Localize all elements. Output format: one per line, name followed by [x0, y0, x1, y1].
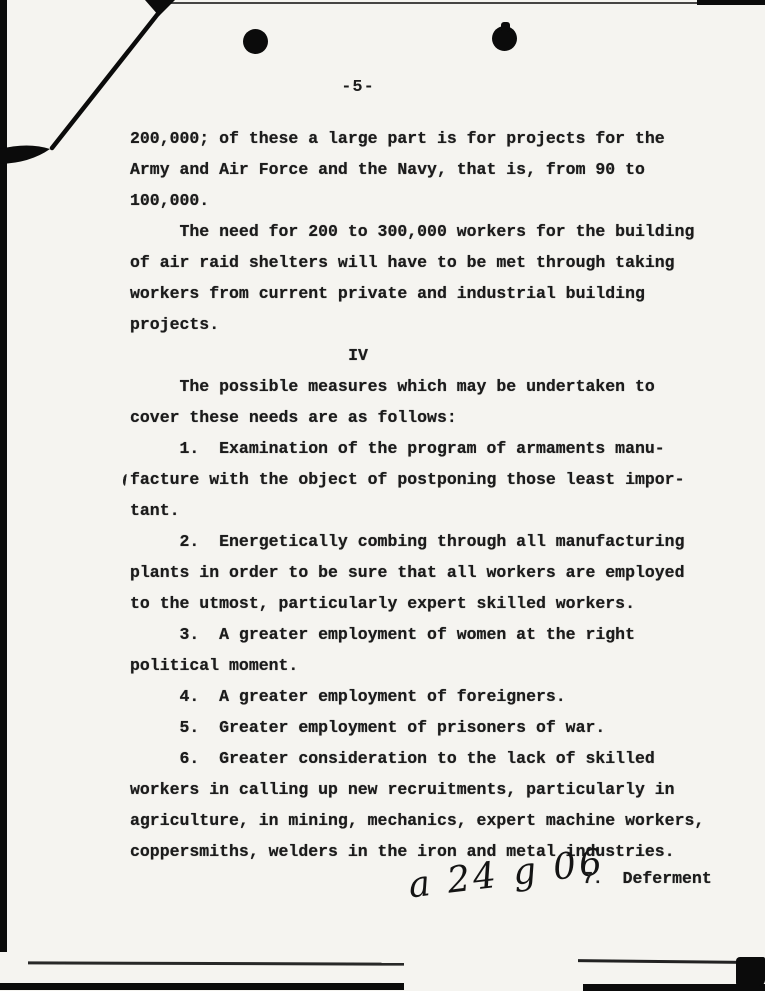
scan-line-bottom-right	[578, 959, 742, 964]
list-item-4: 4. A greater employment of foreigners.	[130, 681, 730, 712]
text-line: The possible measures which may be under…	[130, 371, 730, 402]
hole-punch-dot-right	[492, 26, 517, 51]
text-line: 200,000; of these a large part is for pr…	[130, 123, 730, 154]
scan-bar-bottom-left	[0, 983, 404, 990]
text-line: agriculture, in mining, mechanics, exper…	[130, 805, 730, 836]
list-item-5: 5. Greater employment of prisoners of wa…	[130, 712, 730, 743]
catchword-next-item: 7. Deferment	[583, 867, 712, 891]
text-line: The need for 200 to 300,000 workers for …	[130, 216, 730, 247]
text-line: plants in order to be sure that all work…	[130, 557, 730, 588]
text-line: of air raid shelters will have to be met…	[130, 247, 730, 278]
document-body: 200,000; of these a large part is for pr…	[130, 123, 730, 867]
page-number: -5-	[130, 78, 586, 97]
text-line: 100,000.	[130, 185, 730, 216]
list-item-6: 6. Greater consideration to the lack of …	[130, 743, 730, 774]
text-line: workers from current private and industr…	[130, 278, 730, 309]
stray-ink-speck	[122, 474, 130, 487]
scan-blob-bottom-right	[736, 957, 765, 986]
list-item-1: 1. Examination of the program of armamen…	[130, 433, 730, 464]
text-line: Army and Air Force and the Navy, that is…	[130, 154, 730, 185]
text-line: to the utmost, particularly expert skill…	[130, 588, 730, 619]
text-line: projects.	[130, 309, 730, 340]
text-line: workers in calling up new recruitments, …	[130, 774, 730, 805]
hole-punch-dot-left	[243, 29, 268, 54]
list-item-2: 2. Energetically combing through all man…	[130, 526, 730, 557]
text-line: political moment.	[130, 650, 730, 681]
section-heading: IV	[130, 340, 586, 371]
scan-line-top-edge	[150, 2, 702, 4]
text-line: facture with the object of postponing th…	[130, 464, 730, 495]
text-line: tant.	[130, 495, 730, 526]
text-line: cover these needs are as follows:	[130, 402, 730, 433]
list-item-3: 3. A greater employment of women at the …	[130, 619, 730, 650]
scanned-document-page: -5- 200,000; of these a large part is fo…	[0, 0, 765, 991]
scan-bar-top-right	[697, 0, 765, 5]
scan-line-bottom-left	[28, 961, 404, 965]
